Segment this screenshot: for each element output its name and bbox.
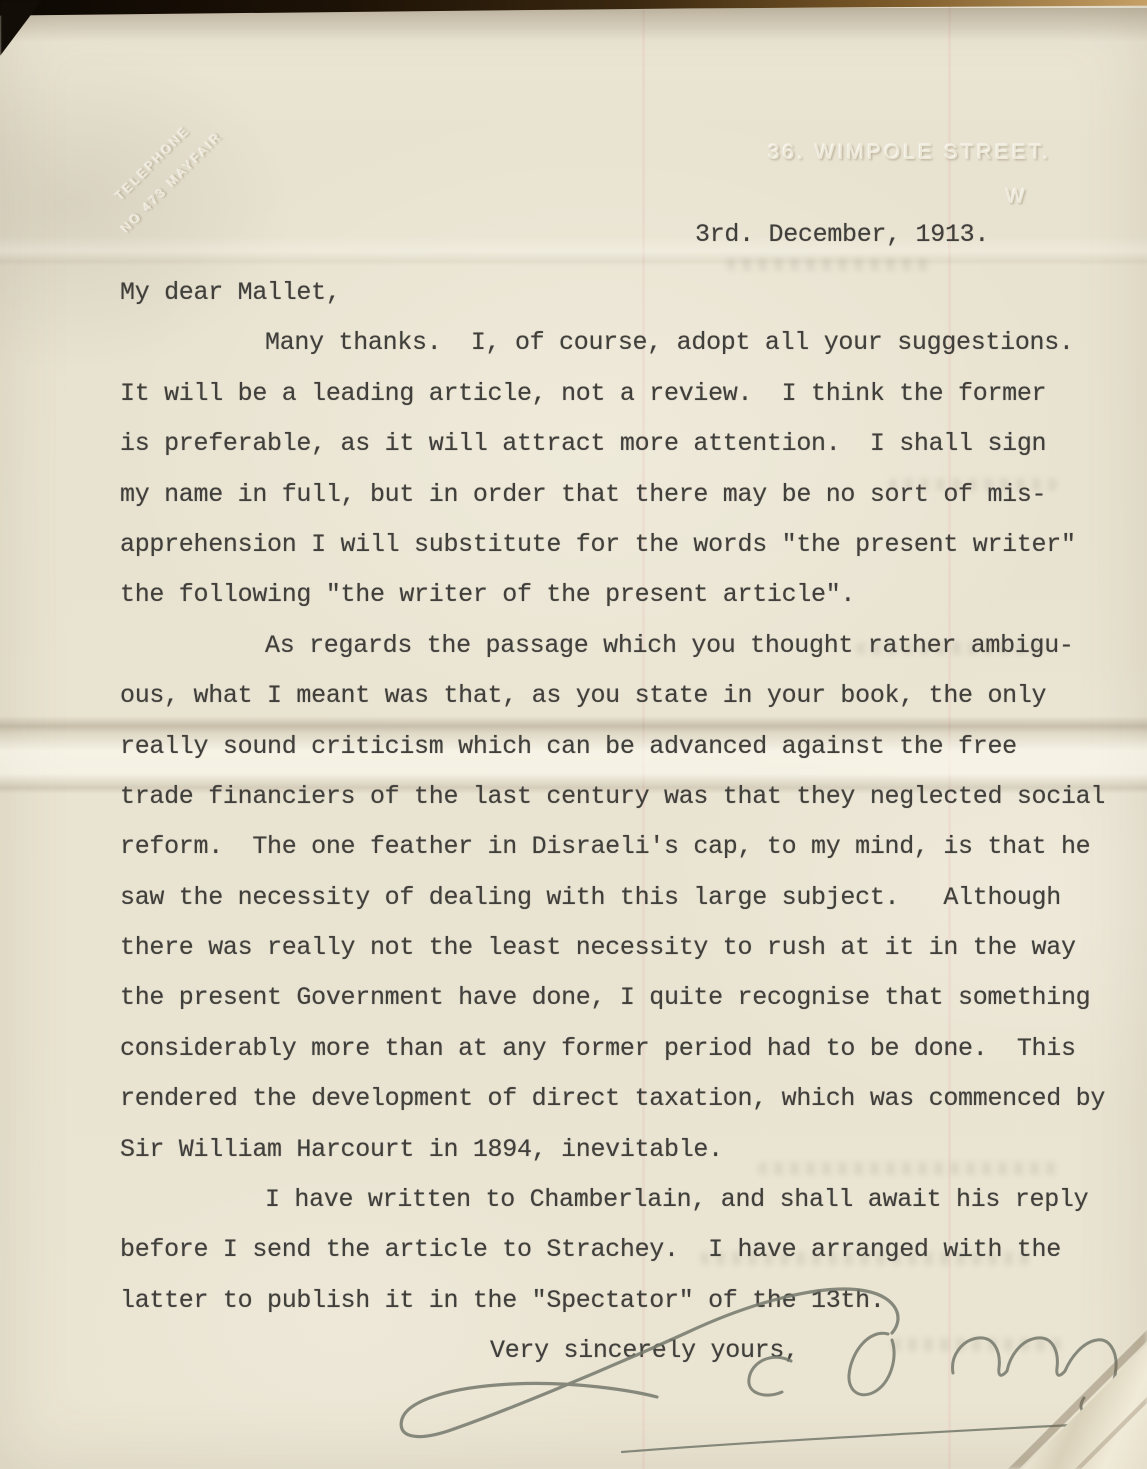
body-line: As regards the passage which you thought… [120, 631, 1130, 681]
letter-date: 3rd. December, 1913. [695, 220, 989, 249]
body-line: latter to publish it in the "Spectator" … [120, 1286, 1130, 1336]
body-line: rendered the development of direct taxat… [120, 1084, 1130, 1134]
body-line: reform. The one feather in Disraeli's ca… [120, 832, 1130, 882]
body-line: It will be a leading article, not a revi… [120, 379, 1130, 429]
body-line: the present Government have done, I quit… [120, 983, 1130, 1033]
body-line: my name in full, but in order that there… [120, 480, 1130, 530]
body-line: saw the necessity of dealing with this l… [120, 883, 1130, 933]
body-line: is preferable, as it will attract more a… [120, 429, 1130, 479]
body-line: the following "the writer of the present… [120, 580, 1130, 630]
closing: Very sincerely yours, [120, 1336, 1130, 1386]
letter-text: My dear Mallet, Many thanks. I, of cours… [120, 278, 1130, 1387]
salutation: My dear Mallet, [120, 278, 1130, 328]
body-line: Sir William Harcourt in 1894, inevitable… [120, 1135, 1130, 1185]
body-line: trade financiers of the last century was… [120, 782, 1130, 832]
letter-body: Many thanks. I, of course, adopt all you… [120, 328, 1130, 1336]
body-line: there was really not the least necessity… [120, 933, 1130, 983]
letterhead-district: W [1006, 186, 1028, 209]
body-line: considerably more than at any former per… [120, 1034, 1130, 1084]
body-line: apprehension I will substitute for the w… [120, 530, 1130, 580]
body-line: before I send the article to Strachey. I… [120, 1235, 1130, 1285]
body-line: Many thanks. I, of course, adopt all you… [120, 328, 1130, 378]
scan-edge-top [0, 0, 1147, 20]
letterhead-address: 36. WIMPOLE STREET. [768, 141, 1051, 165]
body-line: ous, what I meant was that, as you state… [120, 681, 1130, 731]
letter-paper: TELEPHONE NO 473 MAYFAIR 36. WIMPOLE STR… [0, 0, 1147, 1469]
body-line: I have written to Chamberlain, and shall… [120, 1185, 1130, 1235]
stamp-line-telephone: TELEPHONE [64, 74, 243, 253]
body-line: really sound criticism which can be adva… [120, 732, 1130, 782]
scanned-letter-page: { "colors": { "paper": "#e8e2d0", "ink":… [0, 0, 1147, 1469]
